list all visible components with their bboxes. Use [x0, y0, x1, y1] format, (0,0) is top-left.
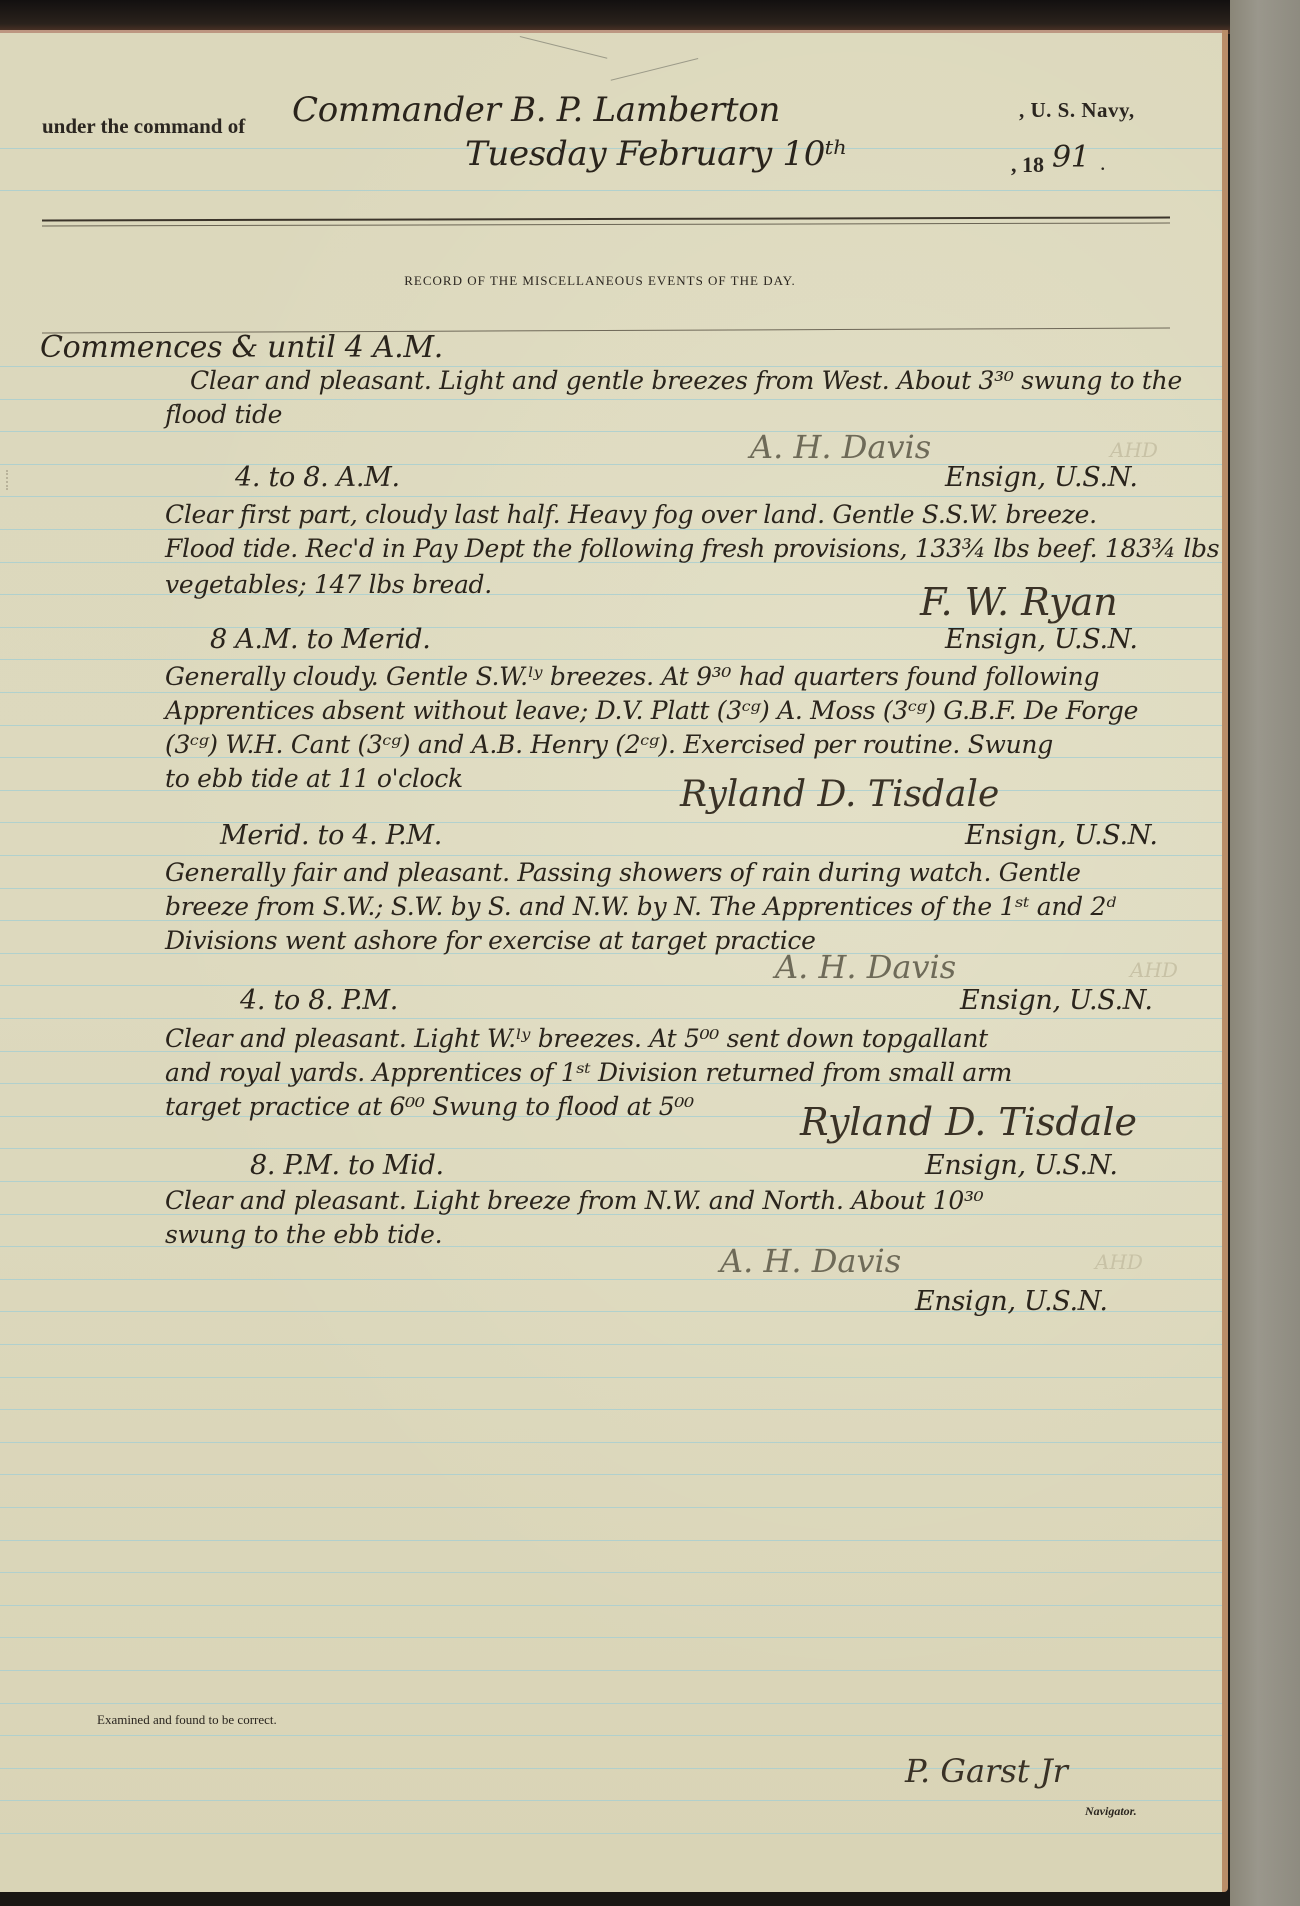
officer-initials: AHD	[1095, 1250, 1143, 1274]
entry-line: Clear and pleasant. Light breeze from N.…	[165, 1186, 983, 1215]
officer-rank: Ensign, U.S.N.	[925, 1150, 1118, 1181]
ruled-line	[0, 496, 1222, 497]
ruled-line	[0, 659, 1222, 660]
watch-heading: Merid. to 4. P.M.	[220, 820, 442, 851]
entry-line: Divisions went ashore for exercise at ta…	[165, 926, 816, 955]
entry-line: Flood tide. Rec'd in Pay Dept the follow…	[165, 534, 1219, 563]
ruled-line	[0, 1018, 1222, 1019]
officer-initials: AHD	[1130, 958, 1178, 982]
officer-rank: Ensign, U.S.N.	[965, 820, 1158, 851]
background-surface	[1230, 0, 1300, 1906]
command-label: under the command of	[42, 114, 245, 139]
year-period: .	[1100, 150, 1106, 176]
ruled-line	[0, 1703, 1222, 1704]
officer-signature: Ryland D. Tisdale	[800, 1100, 1137, 1144]
ruled-line	[0, 1409, 1222, 1410]
entry-line: Generally fair and pleasant. Passing sho…	[165, 858, 1081, 887]
entry-line: breeze from S.W.; S.W. by S. and N.W. by…	[165, 892, 1116, 921]
officer-signature: A. H. Davis	[775, 948, 956, 986]
ruled-line	[0, 1637, 1222, 1638]
logbook-page: under the command of Commander B. P. Lam…	[0, 30, 1228, 1892]
entry-line: Apprentices absent without leave; D.V. P…	[165, 696, 1138, 725]
ruled-line	[0, 1540, 1222, 1541]
ruled-line	[0, 1344, 1222, 1345]
ruled-line	[0, 431, 1222, 432]
officer-signature: Ryland D. Tisdale	[680, 774, 999, 815]
margin-mark	[6, 470, 16, 490]
ruled-line	[0, 888, 1222, 889]
section-title: RECORD OF THE MISCELLANEOUS EVENTS OF TH…	[0, 273, 1200, 289]
watch-heading: Commences & until 4 A.M.	[40, 330, 443, 365]
ruled-line	[0, 692, 1222, 693]
ruled-line	[0, 1181, 1222, 1182]
entry-line: Clear and pleasant. Light and gentle bre…	[190, 366, 1182, 395]
log-date: Tuesday February 10ᵗʰ	[465, 134, 848, 174]
page-top-edge	[0, 30, 1222, 33]
entry-line: swung to the ebb tide.	[165, 1220, 442, 1249]
ruled-line	[0, 1279, 1222, 1280]
header-rule-thick	[42, 217, 1170, 222]
ruled-line	[0, 1474, 1222, 1475]
entry-line: target practice at 6⁰⁰ Swung to flood at…	[165, 1092, 694, 1121]
entry-line: to ebb tide at 11 o'clock	[165, 764, 463, 793]
ruled-line	[0, 1800, 1222, 1801]
watch-heading: 4. to 8. A.M.	[235, 462, 400, 493]
officer-signature: A. H. Davis	[750, 428, 931, 466]
entry-line: vegetables; 147 lbs bread.	[165, 570, 492, 599]
watch-heading: 4. to 8. P.M.	[240, 985, 398, 1016]
entry-line: Clear and pleasant. Light W.ˡʸ breezes. …	[165, 1024, 988, 1053]
navigator-signature: P. Garst Jr	[905, 1752, 1068, 1790]
commander-name: Commander B. P. Lamberton	[292, 90, 780, 130]
ruled-line	[0, 725, 1222, 726]
ruled-line	[0, 1605, 1222, 1606]
ruled-line	[0, 1572, 1222, 1573]
navigator-label: Navigator.	[1085, 1804, 1137, 1819]
ruled-line	[0, 1670, 1222, 1671]
ruled-line	[0, 1507, 1222, 1508]
entry-line: Generally cloudy. Gentle S.W.ˡʸ breezes.…	[165, 662, 1099, 691]
ruled-line	[0, 1377, 1222, 1378]
entry-line: Clear first part, cloudy last half. Heav…	[165, 500, 1097, 529]
book-binding-top	[0, 0, 1240, 34]
entry-line: flood tide	[165, 400, 282, 429]
officer-rank: Ensign, U.S.N.	[945, 462, 1138, 493]
officer-rank: Ensign, U.S.N.	[915, 1286, 1108, 1317]
ruled-line	[0, 190, 1222, 191]
entry-line: and royal yards. Apprentices of 1ˢᵗ Divi…	[165, 1058, 1012, 1087]
officer-initials: AHD	[1110, 438, 1158, 462]
officer-rank: Ensign, U.S.N.	[945, 624, 1138, 655]
officer-signature: A. H. Davis	[720, 1242, 901, 1280]
officer-rank: Ensign, U.S.N.	[960, 985, 1153, 1016]
watch-heading: 8. P.M. to Mid.	[250, 1150, 444, 1181]
year-prefix: , 18	[1011, 152, 1044, 178]
ruled-line	[0, 1442, 1222, 1443]
watch-heading: 8 A.M. to Merid.	[210, 624, 431, 655]
examined-label: Examined and found to be correct.	[97, 1712, 277, 1728]
ruled-line	[0, 1148, 1222, 1149]
service-label: , U. S. Navy,	[1019, 98, 1135, 123]
officer-signature: F. W. Ryan	[920, 580, 1118, 624]
ruled-line	[0, 1735, 1222, 1736]
header-rule-thin	[42, 223, 1170, 227]
year-suffix: 91	[1052, 140, 1090, 175]
ruled-line	[0, 855, 1222, 856]
ruled-line	[0, 529, 1222, 530]
entry-line: (3ᶜᵍ) W.H. Cant (3ᶜᵍ) and A.B. Henry (2ᶜ…	[165, 730, 1053, 759]
ruled-line	[0, 1833, 1222, 1834]
